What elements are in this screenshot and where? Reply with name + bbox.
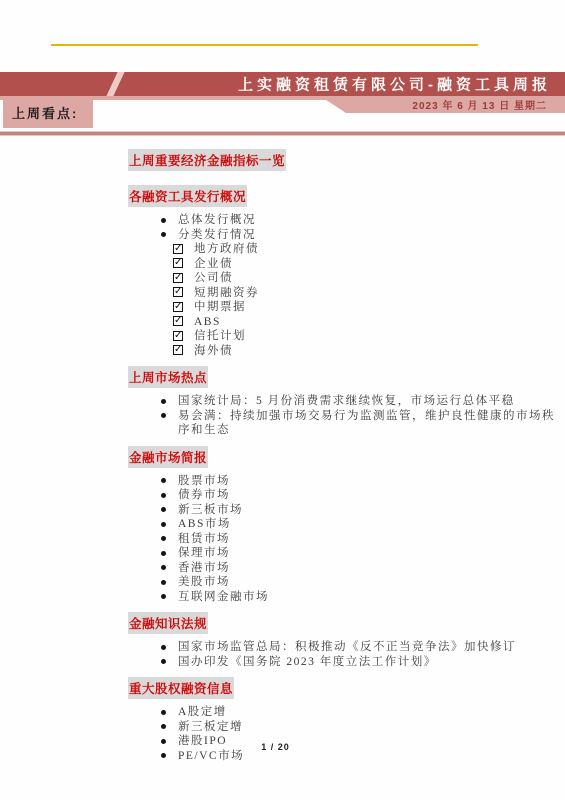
- section-item-list: A股定增新三板定增港股IPOPE/VC市场: [128, 705, 558, 763]
- list-item-text: 互联网金融市场: [178, 591, 269, 603]
- bullet-icon: [161, 580, 166, 585]
- bullet-icon: [161, 551, 166, 556]
- bullet-icon: [161, 710, 166, 715]
- checkbox-checked-icon: ✓: [173, 345, 183, 355]
- list-item-text: 新三板市场: [178, 504, 243, 516]
- checkbox-checked-icon: ✓: [173, 287, 183, 297]
- checkbox-checked-icon: ✓: [173, 331, 183, 341]
- list-item-text: 股票市场: [178, 475, 230, 487]
- list-item: A股定增: [128, 705, 558, 720]
- list-item: ✓地方政府债: [128, 242, 565, 257]
- list-item: ✓ABS: [128, 315, 565, 330]
- bullet-icon: [161, 232, 166, 237]
- list-item-text: 保理市场: [178, 547, 230, 559]
- bullet-icon: [161, 645, 166, 650]
- list-item-text: 国家市场监管总局：积极推动《反不正当竞争法》加快修订: [178, 641, 516, 653]
- list-item: 美股市场: [128, 575, 558, 590]
- checkbox-checked-icon: ✓: [173, 273, 183, 283]
- list-item: 总体发行概况: [128, 213, 558, 228]
- checkbox-checked-icon: ✓: [173, 244, 183, 254]
- list-item: 新三板定增: [128, 720, 558, 735]
- bullet-icon: [161, 399, 166, 404]
- section-heading: 各融资工具发行概况: [128, 185, 247, 207]
- section-finance-regulations: 金融知识法规 国家市场监管总局：积极推动《反不正当竞争法》加快修订国办印发《国务…: [128, 604, 558, 669]
- list-item: ✓海外债: [128, 344, 565, 359]
- list-item: ✓企业债: [128, 257, 565, 272]
- list-item-text: 香港市场: [178, 562, 230, 574]
- section-heading: 金融市场简报: [128, 446, 208, 468]
- section-item-list: 国家市场监管总局：积极推动《反不正当竞争法》加快修订国办印发《国务院 2023 …: [128, 640, 558, 669]
- section-item-list: 股票市场债券市场新三板市场ABS市场租赁市场保理市场香港市场美股市场互联网金融市…: [128, 474, 558, 605]
- section-heading: 上周重要经济金融指标一览: [128, 149, 286, 171]
- list-item: ✓公司债: [128, 271, 565, 286]
- bullet-icon: [161, 478, 166, 483]
- section-heading: 重大股权融资信息: [128, 677, 234, 699]
- list-item-text: 海外债: [194, 345, 233, 357]
- list-item-text: ABS: [194, 316, 221, 328]
- list-item: 互联网金融市场: [128, 590, 558, 605]
- slash-decoration-icon: [106, 72, 124, 96]
- bullet-icon: [161, 659, 166, 664]
- section-issuance-overview: 各融资工具发行概况 总体发行概况分类发行情况✓地方政府债✓企业债✓公司债✓短期融…: [128, 177, 558, 358]
- gold-divider-line: [51, 44, 478, 46]
- checkbox-checked-icon: ✓: [173, 302, 183, 312]
- bullet-icon: [161, 522, 166, 527]
- list-item: 新三板市场: [128, 503, 558, 518]
- header-bar: 上实融资租赁有限公司-融资工具周报: [0, 72, 565, 96]
- bullet-icon: [161, 493, 166, 498]
- date-strip: 2023 年 6 月 13 日 星期二: [320, 96, 565, 113]
- list-item: 国家市场监管总局：积极推动《反不正当竞争法》加快修订: [128, 640, 558, 655]
- report-cover-page: 上实融资租赁有限公司-融资工具周报 2023 年 6 月 13 日 星期二 上周…: [0, 0, 565, 800]
- section-heading: 上周市场热点: [128, 366, 208, 388]
- list-item: 香港市场: [128, 561, 558, 576]
- report-date: 2023 年 6 月 13 日 星期二: [412, 98, 565, 115]
- list-item-text: 短期融资券: [194, 287, 259, 299]
- list-item-text: 地方政府债: [194, 243, 259, 255]
- list-item-text: 易会满：持续加强市场交易行为监测监管，维护良性健康的市场秩序和生态: [178, 410, 555, 437]
- list-item-text: 债券市场: [178, 489, 230, 501]
- list-item: ✓信托计划: [128, 329, 565, 344]
- list-item-text: 美股市场: [178, 576, 230, 588]
- list-item: 易会满：持续加强市场交易行为监测监管，维护良性健康的市场秩序和生态: [128, 409, 558, 438]
- list-item: 国家统计局：5 月份消费需求继续恢复，市场运行总体平稳: [128, 394, 558, 409]
- list-item-text: 信托计划: [194, 330, 246, 342]
- list-item-text: 中期票据: [194, 301, 246, 313]
- page-number: 1 / 20: [0, 742, 551, 752]
- bullet-icon: [161, 507, 166, 512]
- list-item-text: 国家统计局：5 月份消费需求继续恢复，市场运行总体平稳: [178, 395, 515, 407]
- list-item-text: 国办印发《国务院 2023 年度立法工作计划》: [178, 656, 437, 668]
- report-title: 上实融资租赁有限公司-融资工具周报: [238, 74, 551, 95]
- list-item: 租赁市场: [128, 532, 558, 547]
- section-economic-indicators: 上周重要经济金融指标一览: [128, 149, 558, 174]
- list-item: 国办印发《国务院 2023 年度立法工作计划》: [128, 655, 558, 670]
- checkbox-checked-icon: ✓: [173, 258, 183, 268]
- list-item: ✓中期票据: [128, 300, 565, 315]
- list-item-text: 新三板定增: [178, 721, 243, 733]
- list-item-text: 总体发行概况: [178, 214, 256, 226]
- section-separator-line: [0, 131, 565, 136]
- list-item: 保理市场: [128, 546, 558, 561]
- checkbox-checked-icon: ✓: [173, 316, 183, 326]
- list-item-text: A股定增: [178, 706, 227, 718]
- list-item-text: 公司债: [194, 272, 233, 284]
- list-item-text: 分类发行情况: [178, 229, 256, 241]
- bullet-icon: [161, 565, 166, 570]
- list-item: 股票市场: [128, 474, 558, 489]
- bullet-icon: [161, 413, 166, 418]
- bullet-icon: [161, 724, 166, 729]
- table-of-contents: 上周重要经济金融指标一览 各融资工具发行概况 总体发行概况分类发行情况✓地方政府…: [128, 149, 558, 763]
- list-item: 分类发行情况: [128, 228, 558, 243]
- bullet-icon: [161, 536, 166, 541]
- list-item: 债券市场: [128, 488, 558, 503]
- list-item-text: 租赁市场: [178, 533, 230, 545]
- bullet-icon: [161, 218, 166, 223]
- section-market-hotspots: 上周市场热点 国家统计局：5 月份消费需求继续恢复，市场运行总体平稳易会满：持续…: [128, 358, 558, 438]
- list-item-text: ABS市场: [178, 518, 231, 530]
- list-item: ABS市场: [128, 517, 558, 532]
- bullet-icon: [161, 753, 166, 758]
- section-item-list: 国家统计局：5 月份消费需求继续恢复，市场运行总体平稳易会满：持续加强市场交易行…: [128, 394, 558, 438]
- last-week-highlights-label: 上周看点:: [3, 99, 93, 128]
- list-item-text: 企业债: [194, 258, 233, 270]
- bullet-icon: [161, 594, 166, 599]
- section-item-list: 总体发行概况分类发行情况✓地方政府债✓企业债✓公司债✓短期融资券✓中期票据✓AB…: [128, 213, 558, 358]
- section-heading: 金融知识法规: [128, 612, 208, 634]
- section-financial-market-brief: 金融市场简报 股票市场债券市场新三板市场ABS市场租赁市场保理市场香港市场美股市…: [128, 438, 558, 605]
- last-week-highlights-text: 上周看点:: [3, 99, 78, 128]
- list-item: ✓短期融资券: [128, 286, 565, 301]
